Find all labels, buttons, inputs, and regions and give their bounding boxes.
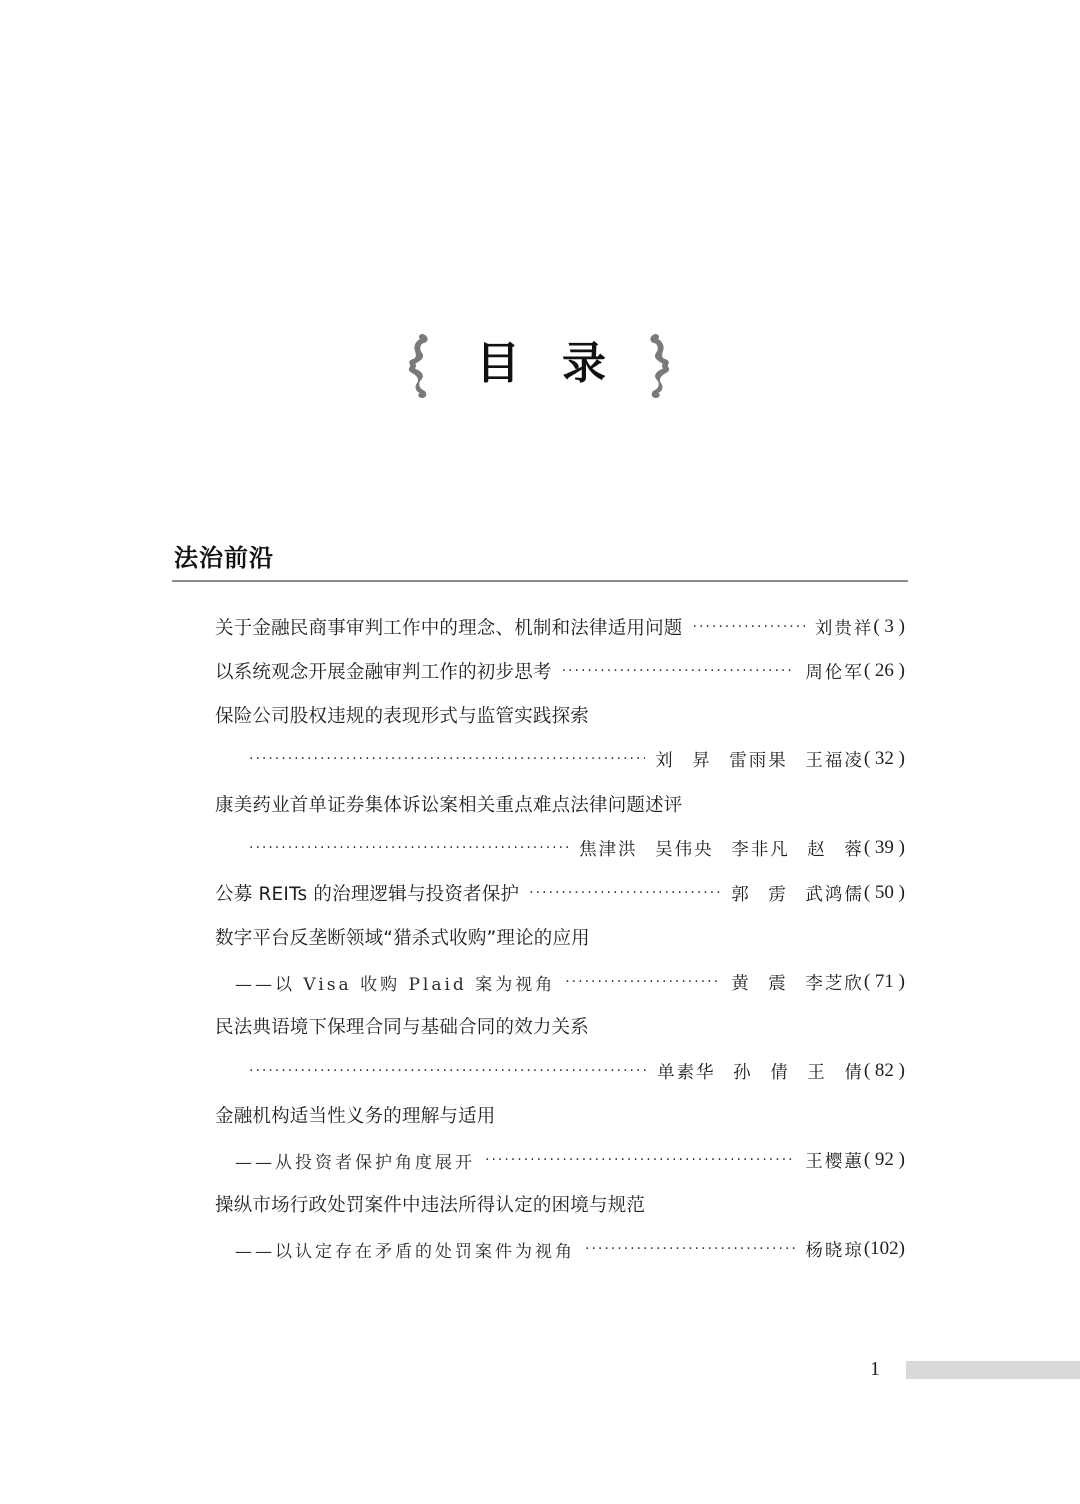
entry-authors: 杨晓琼 — [805, 1237, 864, 1262]
toc-entry-subtitle-line[interactable]: ——以认定存在矛盾的处罚案件为视角 杨晓琼 (102) — [235, 1234, 905, 1264]
entry-authors: 刘贵祥 — [815, 615, 874, 640]
ornament-right-icon — [645, 332, 671, 400]
section-divider — [172, 580, 908, 582]
entry-page: ( 82 ) — [864, 1060, 905, 1082]
toc-entry[interactable]: 以系统观念开展金融审判工作的初步思考 周伦军 ( 26 ) — [215, 656, 905, 686]
toc-entry-title-line[interactable]: 数字平台反垄断领域“猎杀式收购”理论的应用 — [215, 922, 905, 952]
dot-leader — [565, 974, 721, 990]
dot-leader — [693, 619, 805, 635]
entry-title: 民法典语境下保理合同与基础合同的效力关系 — [215, 1013, 589, 1039]
entry-page: ( 50 ) — [864, 882, 905, 904]
entry-page: (102) — [864, 1238, 905, 1260]
toc-entry[interactable]: 关于金融民商事审判工作中的理念、机制和法律适用问题 刘贵祥 ( 3 ) — [215, 612, 905, 642]
toc-title-char: 目 — [476, 336, 520, 392]
dot-leader — [249, 751, 645, 767]
entry-title: 数字平台反垄断领域“猎杀式收购”理论的应用 — [215, 924, 590, 950]
dot-leader — [529, 885, 721, 901]
entry-title: 以系统观念开展金融审判工作的初步思考 — [215, 658, 552, 684]
toc-entry-subtitle-line[interactable]: ——以 Visa 收购 Plaid 案为视角 黄 震 李芝欣 ( 71 ) — [235, 967, 905, 997]
entry-authors: 王樱蕙 — [805, 1148, 864, 1173]
toc-entry-author-line[interactable]: 焦津洪 吴伟央 李非凡 赵 蓉 ( 39 ) — [249, 833, 905, 863]
entry-title: 保险公司股权违规的表现形式与监管实践探索 — [215, 702, 589, 728]
toc-entry-title-line[interactable]: 金融机构适当性义务的理解与适用 — [215, 1100, 905, 1130]
dot-leader — [585, 1241, 795, 1257]
toc-entry[interactable]: 公募 REITs 的治理逻辑与投资者保护 郭 雳 武鸿儒 ( 50 ) — [215, 878, 905, 908]
toc-entry-title-line[interactable]: 民法典语境下保理合同与基础合同的效力关系 — [215, 1011, 905, 1041]
entry-authors: 单素华 孙 倩 王 倩 — [657, 1059, 864, 1084]
entry-authors: 郭 雳 武鸿儒 — [731, 881, 864, 906]
section-heading: 法治前沿 — [174, 538, 274, 573]
toc-entry-author-line[interactable]: 单素华 孙 倩 王 倩 ( 82 ) — [249, 1056, 905, 1086]
entry-subtitle: ——从投资者保护角度展开 — [235, 1148, 475, 1173]
entry-subtitle: ——以认定存在矛盾的处罚案件为视角 — [235, 1237, 575, 1262]
entry-title: 操纵市场行政处罚案件中违法所得认定的困境与规范 — [215, 1191, 645, 1217]
entry-page: ( 3 ) — [873, 616, 905, 638]
dot-leader — [249, 840, 569, 856]
dot-leader — [562, 663, 796, 679]
toc-title-char: 录 — [562, 336, 606, 392]
entry-title: 康美药业首单证券集体诉讼案相关重点难点法律问题述评 — [215, 791, 683, 817]
entry-title: 关于金融民商事审判工作中的理念、机制和法律适用问题 — [215, 614, 683, 640]
dot-leader — [485, 1152, 795, 1168]
toc-title-block: 目 录 — [0, 330, 1080, 402]
entry-page: ( 71 ) — [864, 971, 905, 993]
entry-authors: 周伦军 — [805, 659, 864, 684]
toc-entry-title-line[interactable]: 康美药业首单证券集体诉讼案相关重点难点法律问题述评 — [215, 789, 905, 819]
page-number: 1 — [870, 1358, 880, 1381]
entry-title: 公募 REITs 的治理逻辑与投资者保护 — [215, 880, 519, 906]
dot-leader — [249, 1063, 647, 1079]
entry-authors: 黄 震 李芝欣 — [731, 970, 864, 995]
entry-page: ( 26 ) — [864, 660, 905, 682]
entry-authors: 焦津洪 吴伟央 李非凡 赵 蓉 — [579, 836, 864, 861]
entry-authors: 刘 昇 雷雨果 王福凌 — [655, 747, 864, 772]
entry-page: ( 92 ) — [864, 1149, 905, 1171]
toc-entry-subtitle-line[interactable]: ——从投资者保护角度展开 王樱蕙 ( 92 ) — [235, 1145, 905, 1175]
page-footer-bar — [906, 1361, 1080, 1379]
ornament-left-icon — [407, 332, 433, 400]
toc-entry-title-line[interactable]: 保险公司股权违规的表现形式与监管实践探索 — [215, 700, 905, 730]
toc-entry-author-line[interactable]: 刘 昇 雷雨果 王福凌 ( 32 ) — [249, 744, 905, 774]
entry-page: ( 32 ) — [864, 748, 905, 770]
toc-entry-title-line[interactable]: 操纵市场行政处罚案件中违法所得认定的困境与规范 — [215, 1189, 905, 1219]
entry-page: ( 39 ) — [864, 837, 905, 859]
entry-subtitle: ——以 Visa 收购 Plaid 案为视角 — [235, 970, 555, 995]
entry-title: 金融机构适当性义务的理解与适用 — [215, 1102, 496, 1128]
